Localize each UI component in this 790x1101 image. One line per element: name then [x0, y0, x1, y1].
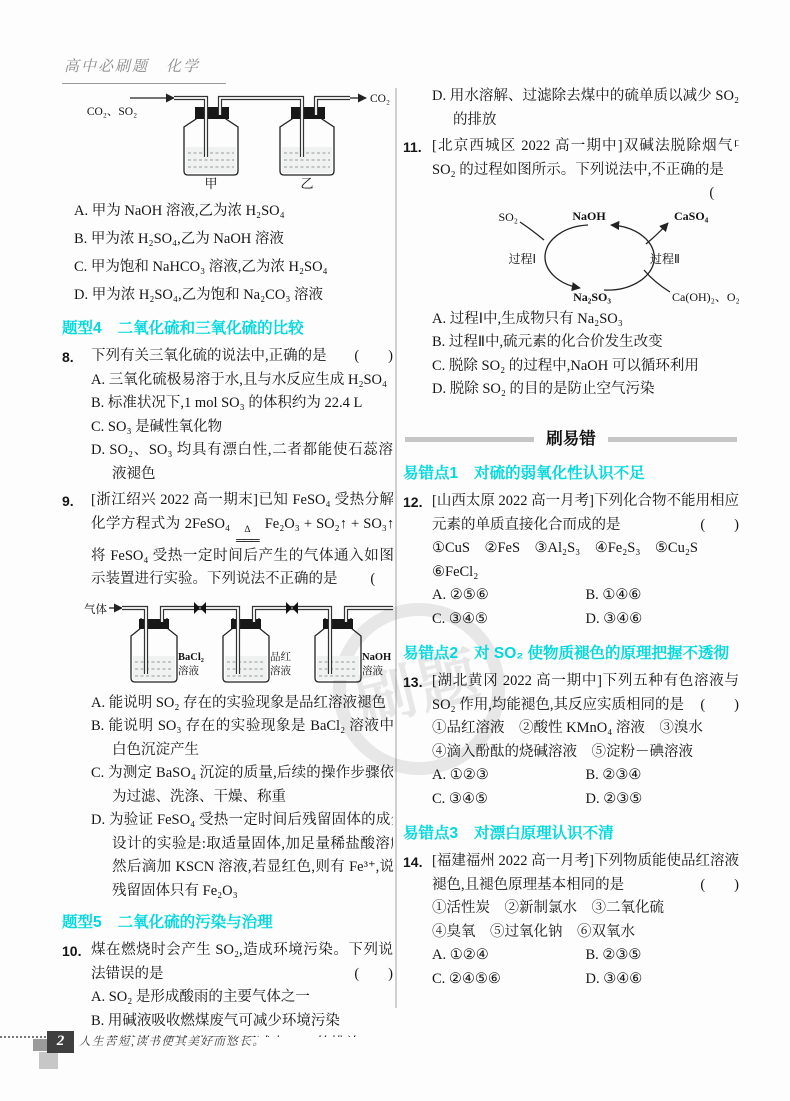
question-number: 13. — [403, 670, 432, 811]
delta-equals-symbol: Δ═══ — [236, 526, 259, 545]
question-number: 12. — [403, 490, 432, 631]
desulfurization-cycle-diagram: SO₂ NaOH CaSO₄ 过程Ⅰ 过程Ⅱ Na₂SO₃ Ca(OH)₂、O₂ — [448, 206, 739, 306]
caso4-label: CaSO₄ — [674, 209, 709, 223]
footer-dotted-rule — [0, 1036, 46, 1038]
outlet-gas-label: CO₂ — [370, 93, 390, 105]
mistake-title: 对漂白原理认识不清 — [474, 825, 614, 842]
answer-bracket: ( ) — [354, 963, 393, 987]
column-divider — [395, 88, 397, 1008]
option: D. 甲为浓 H₂SO₄,乙为饱和 Na₂CO₃ 溶液 — [74, 281, 393, 309]
option: A. ②⑤⑥ — [432, 584, 586, 608]
option: C. ③④⑤ — [432, 608, 586, 632]
question-10: 10. 煤在燃烧时会产生 SO₂,造成环境污染。下列说法错误的是( ) A. S… — [62, 939, 393, 1037]
section-tag: 题型5 — [62, 914, 102, 931]
right-column: D. 用水溶解、过滤除去煤中的硫单质以减少 SO₂ 的排放 11. [北京西城区… — [403, 85, 739, 1050]
workbook-page: 高中必刷题 化学 刷题 CO₂、SO₂ — [0, 0, 790, 1101]
question-stem: 煤在燃烧时会产生 SO₂,造成环境污染。下列说法错误的是 — [91, 942, 393, 982]
question-11: 11. [北京西城区 2022 高一期中]双碱法脱除烟气中 SO₂ 的过程如图所… — [403, 135, 739, 402]
option: C. ②④⑤⑥ — [432, 968, 586, 992]
naoh-label: NaOH — [572, 209, 606, 223]
footer-deco-square — [33, 1039, 47, 1051]
jar1-label: 甲 — [204, 176, 217, 191]
numbered-choices: ①CuS ②FeS ③Al₂S₃ ④Fe₂S₃ ⑤Cu₂S ⑥FeCl₂ — [432, 537, 739, 584]
mistake-tag: 易错点1 — [403, 465, 458, 482]
choice-line: ①品红溶液 ②酸性 KMnO₄ 溶液 ③溴水 — [432, 717, 739, 741]
option: B. 标准状况下,1 mol SO₃ 的体积约为 22.4 L — [91, 392, 393, 416]
section-tag: 题型4 — [62, 320, 102, 337]
question-stem: [山西太原 2022 高一月考]下列化合物不能用相应元素的单质直接化合而成的是 — [432, 493, 739, 533]
options-grid: A. ①②④ B. ②③⑤ C. ②④⑤⑥ D. ③④⑥ — [432, 944, 739, 991]
option: D. ③④⑥ — [586, 968, 740, 992]
option: A. ①②③ — [432, 764, 586, 788]
bottle1-reagent-label: 溶液 — [178, 664, 199, 677]
mistake-point-3-header: 易错点3对漂白原理认识不清 — [403, 823, 739, 845]
na2so3-label: Na₂SO₃ — [573, 290, 611, 304]
bottle2-reagent-label: 溶液 — [270, 664, 291, 677]
option: B. ②③④ — [586, 764, 740, 788]
jar2-label: 乙 — [300, 176, 313, 191]
process2-label: 过程Ⅱ — [650, 251, 680, 266]
answer-bracket: ( ) — [700, 694, 739, 718]
question-8: 8. 下列有关三氧化硫的说法中,正确的是( ) A. 三氧化硫极易溶于水,且与水… — [62, 345, 393, 486]
question-number: 11. — [403, 135, 432, 402]
option: B. 甲为浓 H₂SO₄,乙为 NaOH 溶液 — [74, 225, 393, 253]
option: A. 能说明 SO₂ 存在的实验现象是品红溶液褪色 — [91, 692, 393, 716]
gas-washing-bottles-diagram: CO₂、SO₂ CO₂ 甲 乙 — [72, 85, 392, 191]
option: B. 能说明 SO₃ 存在的实验现象是 BaCl₂ 溶液中有白色沉淀产生 — [91, 715, 393, 762]
question-stem: [湖北黄冈 2022 高一期中]下列五种有色溶液与 SO₂ 作用,均能褪色,其反… — [432, 673, 739, 713]
three-bottle-apparatus-diagram: 气体 — [73, 594, 393, 690]
so2-label: SO₂ — [498, 210, 518, 224]
option: D. 脱除 SO₂ 的目的是防止空气污染 — [432, 378, 739, 402]
numbered-choices: ①活性炭 ②新制氯水 ③二氧化硫 ④臭氧 ⑤过氧化钠 ⑥双氧水 — [432, 897, 739, 944]
option: D. SO₂、SO₃ 均具有漂白性,二者都能使石蕊溶液褪色 — [91, 439, 393, 486]
book-header: 高中必刷题 化学 — [62, 56, 226, 84]
option: D. 为验证 FeSO₄ 受热一定时间后残留固体的成分,设计的实验是:取适量固体… — [91, 809, 393, 903]
process1-label: 过程Ⅰ — [508, 251, 536, 266]
option: A. 甲为 NaOH 溶液,乙为浓 H₂SO₄ — [74, 197, 393, 225]
option: D. ③④⑥ — [586, 608, 740, 632]
left-column: CO₂、SO₂ CO₂ 甲 乙 A. 甲 — [62, 85, 393, 1037]
option: D. ②③⑤ — [586, 788, 740, 812]
option: B. 用碱液吸收燃煤废气可减少环境污染 — [91, 1010, 393, 1034]
answer-bracket: ( ) — [354, 345, 393, 369]
question-stem: [福建福州 2022 高一月考]下列物质能使品红溶液褪色,且褪色原理基本相同的是 — [432, 853, 739, 893]
choice-line: ①CuS ②FeS ③Al₂S₃ ④Fe₂S₃ ⑤Cu₂S — [432, 537, 739, 561]
page-number-badge: 2 — [47, 1031, 74, 1053]
question-number: 14. — [403, 850, 432, 991]
banner-rule — [608, 437, 737, 442]
option: A. 过程Ⅰ中,生成物只有 Na₂SO₃ — [432, 308, 739, 332]
question-13: 13. [湖北黄冈 2022 高一期中]下列五种有色溶液与 SO₂ 作用,均能褪… — [403, 670, 739, 811]
option: B. 过程Ⅱ中,硫元素的化合价发生改变 — [432, 331, 739, 355]
answer-bracket: ( ) — [370, 568, 393, 592]
question-10-option-d: D. 用水溶解、过滤除去煤中的硫单质以减少 SO₂ 的排放 — [432, 85, 739, 132]
bottle1-reagent-label: BaCl₂ — [178, 652, 204, 663]
choice-line: ④滴入酚酞的烧碱溶液 ⑤淀粉－碘溶液 — [432, 741, 739, 765]
option: C. 往燃煤中混入生石灰,可减少 SO₂ 的排放 — [91, 1033, 393, 1037]
mistake-tag: 易错点2 — [403, 645, 458, 662]
footer-deco-square — [39, 1052, 58, 1069]
option: A. ①②④ — [432, 944, 586, 968]
option: B. ②③⑤ — [586, 944, 740, 968]
option: C. ③④⑤ — [432, 788, 586, 812]
mistake-title: 对 SO₂ 使物质褪色的原理把握不透彻 — [474, 645, 729, 662]
question-number: 9. — [62, 489, 91, 903]
option: C. SO₃ 是碱性氧化物 — [91, 416, 393, 440]
banner-title: 刷易错 — [546, 428, 596, 452]
gas-inlet-label: 气体 — [84, 602, 107, 616]
mistake-title: 对硫的弱氧化性认识不足 — [474, 465, 645, 482]
caoh2-o2-label: Ca(OH)₂、O₂ — [672, 290, 739, 304]
option: B. ①④⑥ — [586, 584, 740, 608]
choice-line: ①活性炭 ②新制氯水 ③二氧化硫 — [432, 897, 739, 921]
section-header-type5: 题型5二氧化硫的污染与治理 — [62, 912, 393, 934]
question-9: 9. [浙江绍兴 2022 高一期末]已知 FeSO₄ 受热分解的化学方程式为 … — [62, 489, 393, 903]
options-grid: A. ①②③ B. ②③④ C. ③④⑤ D. ②③⑤ — [432, 764, 739, 811]
question-7-options: A. 甲为 NaOH 溶液,乙为浓 H₂SO₄ B. 甲为浓 H₂SO₄,乙为 … — [62, 197, 393, 309]
inlet-gas-label: CO₂、SO₂ — [87, 106, 137, 118]
section-title: 二氧化硫和三氧化硫的比较 — [118, 320, 304, 337]
choice-line: ④臭氧 ⑤过氧化钠 ⑥双氧水 — [432, 921, 739, 945]
bottle3-reagent-label: NaOH — [362, 652, 391, 663]
options-grid: A. ②⑤⑥ B. ①④⑥ C. ③④⑤ D. ③④⑥ — [432, 584, 739, 631]
mistake-tag: 易错点3 — [403, 825, 458, 842]
option: C. 甲为饱和 NaHCO₃ 溶液,乙为浓 H₂SO₄ — [74, 253, 393, 281]
mistake-point-2-header: 易错点2对 SO₂ 使物质褪色的原理把握不透彻 — [403, 643, 739, 665]
question-number: 8. — [62, 345, 91, 486]
question-14: 14. [福建福州 2022 高一月考]下列物质能使品红溶液褪色,且褪色原理基本… — [403, 850, 739, 991]
option: A. 三氧化硫极易溶于水,且与水反应生成 H₂SO₄ — [91, 369, 393, 393]
numbered-choices: ①品红溶液 ②酸性 KMnO₄ 溶液 ③溴水 ④滴入酚酞的烧碱溶液 ⑤淀粉－碘溶… — [432, 717, 739, 764]
error-prone-banner: 刷易错 — [405, 428, 737, 452]
answer-bracket: ( ) — [700, 874, 739, 898]
question-stem: 下列有关三氧化硫的说法中,正确的是 — [91, 348, 327, 364]
section-header-type4: 题型4二氧化硫和三氧化硫的比较 — [62, 318, 393, 340]
question-number: 10. — [62, 939, 91, 1037]
bottle2-reagent-label: 品红 — [270, 651, 291, 663]
answer-bracket: ( ) — [709, 182, 739, 206]
answer-bracket: ( ) — [700, 514, 739, 538]
section-title: 二氧化硫的污染与治理 — [118, 914, 273, 931]
option: A. SO₂ 是形成酸雨的主要气体之一 — [91, 986, 393, 1010]
mistake-point-1-header: 易错点1对硫的弱氧化性认识不足 — [403, 463, 739, 485]
option: C. 脱除 SO₂ 的过程中,NaOH 可以循环利用 — [432, 355, 739, 379]
bottle3-reagent-label: 溶液 — [362, 664, 383, 677]
option: C. 为测定 BaSO₄ 沉淀的质量,后续的操作步骤依次为过滤、洗涤、干燥、称重 — [91, 762, 393, 809]
choice-line: ⑥FeCl₂ — [432, 561, 739, 585]
question-stem: [北京西城区 2022 高一期中]双碱法脱除烟气中 SO₂ 的过程如图所示。下列… — [432, 138, 739, 178]
banner-rule — [405, 437, 534, 442]
question-12: 12. [山西太原 2022 高一月考]下列化合物不能用相应元素的单质直接化合而… — [403, 490, 739, 631]
